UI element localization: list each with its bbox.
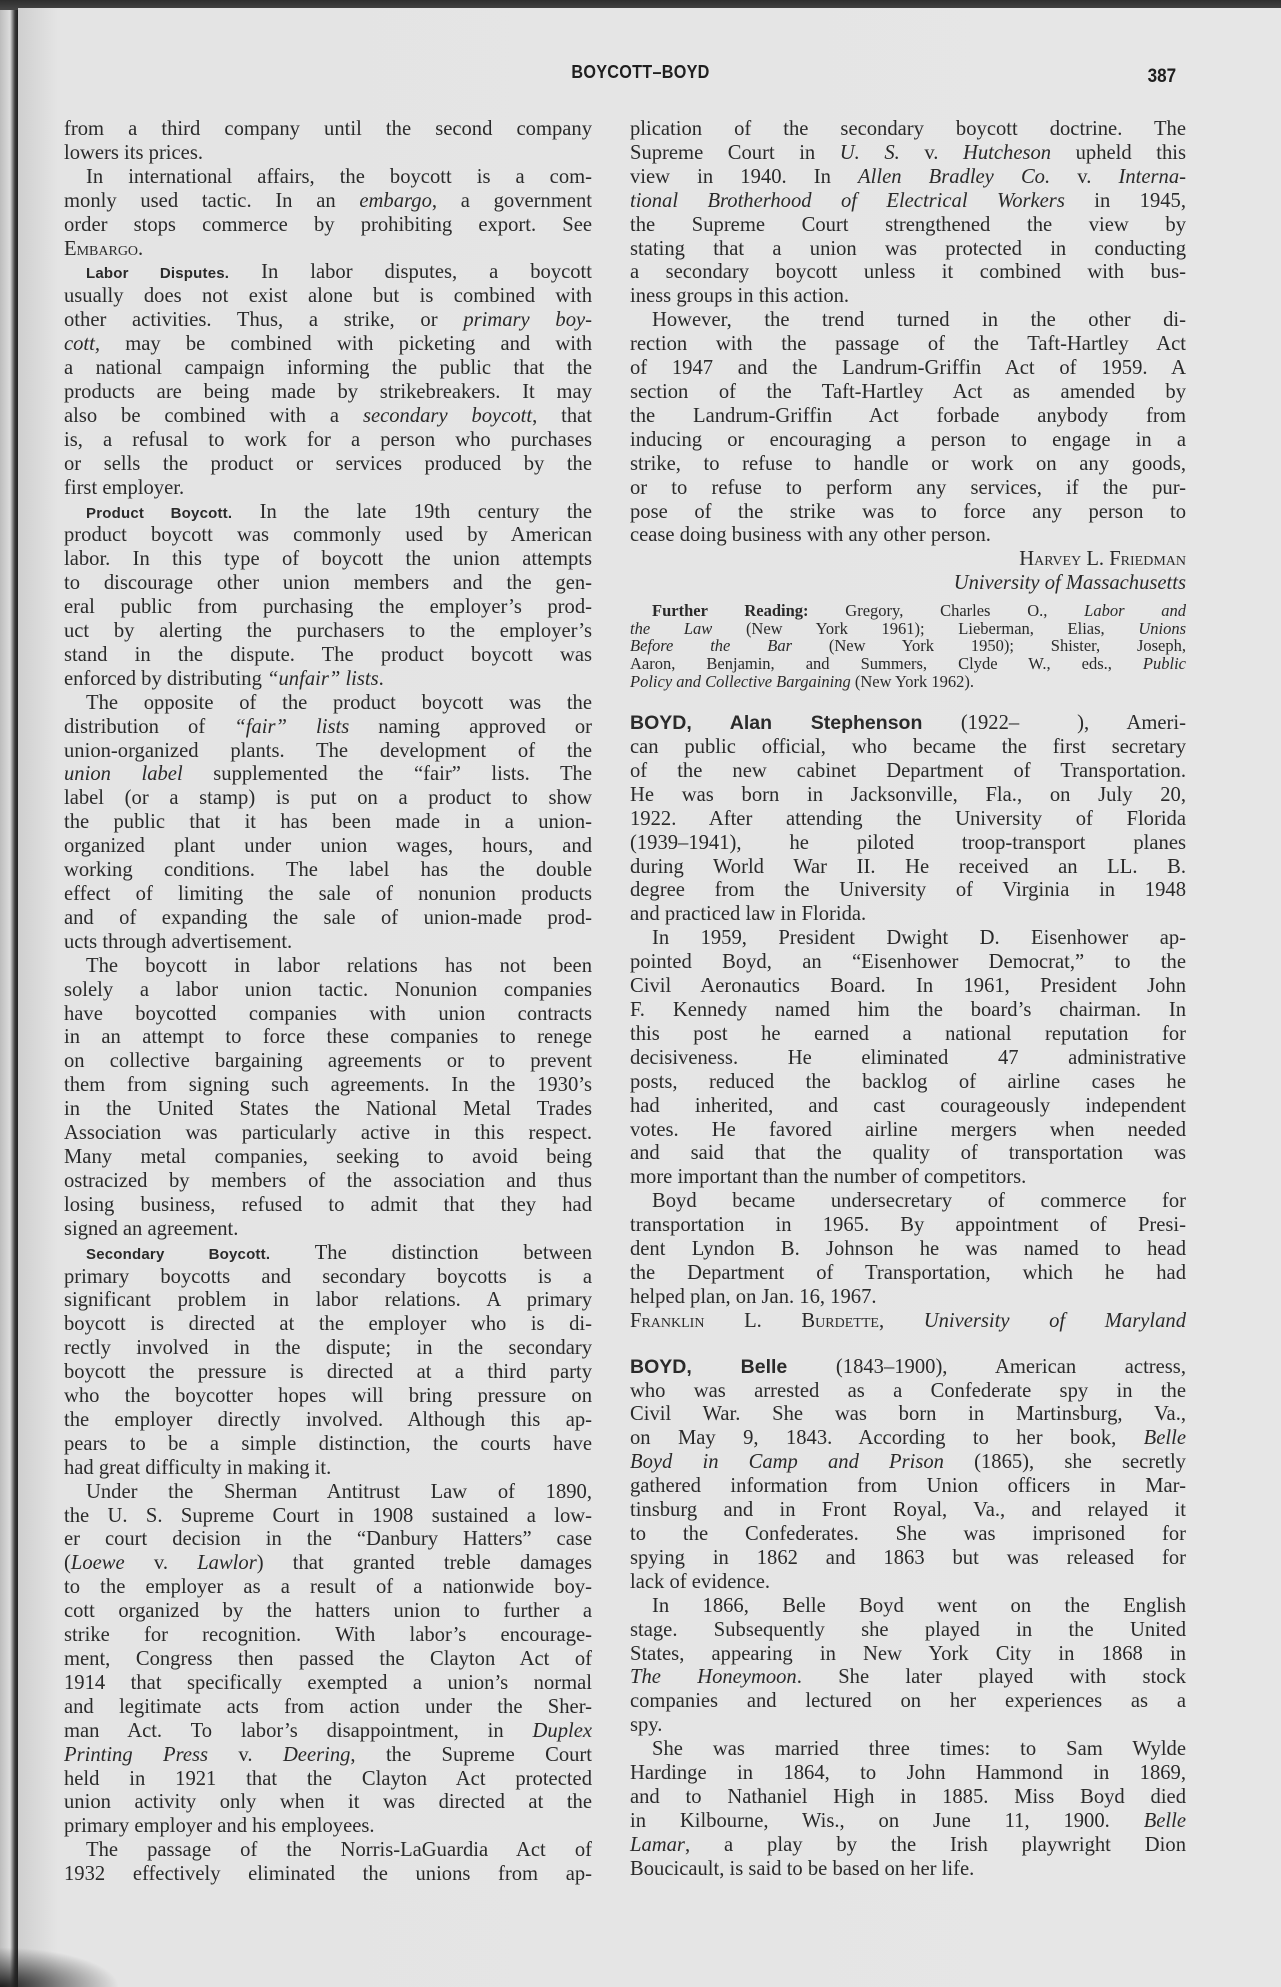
text-line: Labor Disputes. In labor disputes, a boy… xyxy=(64,261,592,285)
text-line: iness groups in this action. xyxy=(630,285,1186,309)
text-line: cott organized by the hatters union to f… xyxy=(64,1600,592,1624)
text-line: to the employer as a result of a nationw… xyxy=(64,1576,592,1600)
text-line: first employer. xyxy=(64,477,592,501)
headword-belle-boyd: BOYD, Belle xyxy=(630,1356,787,1378)
text-line: ucts through advertisement. xyxy=(64,931,592,955)
text-line: companies and lectured on her experience… xyxy=(630,1690,1186,1714)
further-reading: Further Reading: Gregory, Charles O., La… xyxy=(630,602,1186,690)
text-line: a secondary boycott unless it combined w… xyxy=(630,261,1186,285)
text-line: the Landrum-Griffin Act forbade anybody … xyxy=(630,405,1186,429)
text-line: F. Kennedy named him the board’s chairma… xyxy=(630,999,1186,1023)
page-corner-shadow xyxy=(0,1947,120,1987)
text-line: man Act. To labor’s disappointment, in D… xyxy=(64,1720,592,1744)
text-line: them from signing such agreements. In th… xyxy=(64,1074,592,1098)
text-line: rection with the passage of the Taft-Har… xyxy=(630,333,1186,357)
text-line: union activity only when it was directed… xyxy=(64,1791,592,1815)
text-line: had inherited, and cast courageously ind… xyxy=(630,1095,1186,1119)
text-line: a national campaign informing the public… xyxy=(64,357,592,381)
text-line: of 1947 and the Landrum-Griffin Act of 1… xyxy=(630,357,1186,381)
text-line: Civil War. She was born in Martinsburg, … xyxy=(630,1403,1186,1427)
text-line: more important than the number of compet… xyxy=(630,1166,1186,1190)
text-line: and said that the quality of transportat… xyxy=(630,1142,1186,1166)
text-line: gathered information from Union officers… xyxy=(630,1475,1186,1499)
text-line: the Law (New York 1961); Lieberman, Elia… xyxy=(630,620,1186,638)
text-line: cease doing business with any other pers… xyxy=(630,524,1186,548)
text-line: Boyd in Camp and Prison (1865), she secr… xyxy=(630,1451,1186,1475)
paragraph-taft-hartley: However, the trend turned in the other d… xyxy=(630,309,1186,548)
text-line: products are being made by strikebreaker… xyxy=(64,381,592,405)
term-embargo: embargo xyxy=(359,190,431,212)
text-line: stage. Subsequently she played in the Un… xyxy=(630,1619,1186,1643)
text-line: can public official, who became the firs… xyxy=(630,736,1186,760)
text-line: enforced by distributing “unfair” lists. xyxy=(64,668,592,692)
text-line: tinsburg and in Front Royal, Va., and re… xyxy=(630,1499,1186,1523)
author-affiliation: University of Massachusetts xyxy=(630,572,1186,596)
text-line: the Supreme Court strengthened the view … xyxy=(630,214,1186,238)
text-line: Lamar, a play by the Irish playwright Di… xyxy=(630,1834,1186,1858)
text-line: and of expanding the sale of union-made … xyxy=(64,907,592,931)
text-line: other activities. Thus, a strike, or pri… xyxy=(64,309,592,333)
text-line: the public that it has been made in a un… xyxy=(64,811,592,835)
text-line: from a third company until the second co… xyxy=(64,118,592,142)
text-line: significant problem in labor relations. … xyxy=(64,1289,592,1313)
text-line: transportation in 1965. By appointment o… xyxy=(630,1214,1186,1238)
text-line: Product Boycott. In the late 19th centur… xyxy=(64,501,592,525)
text-line: monly used tactic. In an embargo, a gove… xyxy=(64,190,592,214)
text-line: or sells the product or services produce… xyxy=(64,453,592,477)
text-line: the U. S. Supreme Court in 1908 sustaine… xyxy=(64,1505,592,1529)
text-line: 1932 effectively eliminated the unions f… xyxy=(64,1863,592,1887)
text-line: tional Brotherhood of Electrical Workers… xyxy=(630,190,1186,214)
text-line: Before the Bar (New York 1950); Shister,… xyxy=(630,637,1186,655)
text-line: eral public from purchasing the employer… xyxy=(64,596,592,620)
paragraph: from a third company until the second co… xyxy=(64,118,592,166)
text-line: primary boycotts and secondary boycotts … xyxy=(64,1266,592,1290)
text-line: 1922. After attending the University of … xyxy=(630,808,1186,832)
text-line: Civil Aeronautics Board. In 1961, Presid… xyxy=(630,975,1186,999)
text-line: or to refuse to perform any services, if… xyxy=(630,477,1186,501)
text-line: strike, to refuse to handle or work on a… xyxy=(630,453,1186,477)
left-column: from a third company until the second co… xyxy=(64,118,592,1887)
text-line: Policy and Collective Bargaining (New Yo… xyxy=(630,673,1186,691)
text-line: Further Reading: Gregory, Charles O., La… xyxy=(630,602,1186,620)
headword-alan-boyd: BOYD, Alan Stephenson xyxy=(630,712,922,734)
author-signature: Harvey L. Friedman xyxy=(630,548,1186,572)
text-line: also be combined with a secondary boycot… xyxy=(64,405,592,429)
text-line: Boyd became undersecretary of commerce f… xyxy=(630,1190,1186,1214)
subhead-labor-disputes: Labor Disputes. xyxy=(86,265,229,282)
subhead-product-boycott: Product Boycott. xyxy=(86,505,232,522)
text-line: losing business, refused to admit that t… xyxy=(64,1194,592,1218)
text-line: In 1959, President Dwight D. Eisenhower … xyxy=(630,927,1186,951)
page-number: 387 xyxy=(1148,66,1177,88)
text-line: The boycott in labor relations has not b… xyxy=(64,955,592,979)
text-line: primary employer and his employees. xyxy=(64,1815,592,1839)
text-line: on collective bargaining agreements or t… xyxy=(64,1050,592,1074)
text-line: who the boycotter hopes will bring press… xyxy=(64,1385,592,1409)
text-line: votes. He favored airline mergers when n… xyxy=(630,1119,1186,1143)
text-line: rectly involved in the dispute; in the s… xyxy=(64,1337,592,1361)
cross-reference-embargo: Embargo xyxy=(64,238,138,260)
entry-belle-boyd: BOYD, Belle (1843–1900), American actres… xyxy=(630,1356,1186,1882)
text-line: In international affairs, the boycott is… xyxy=(64,166,592,190)
text-line: label (or a stamp) is put on a product t… xyxy=(64,787,592,811)
right-column: plication of the secondary boycott doctr… xyxy=(630,118,1186,1882)
text-line: to discourage other union members and th… xyxy=(64,572,592,596)
text-line: He was born in Jacksonville, Fla., on Ju… xyxy=(630,784,1186,808)
text-line: cott, may be combined with picketing and… xyxy=(64,333,592,357)
text-line: Association was particularly active in t… xyxy=(64,1122,592,1146)
text-line: Aaron, Benjamin, and Summers, Clyde W., … xyxy=(630,655,1186,673)
text-line: organized plant under union wages, hours… xyxy=(64,835,592,859)
text-line: boycott is directed at the employer who … xyxy=(64,1313,592,1337)
text-line: solely a labor union tactic. Nonunion co… xyxy=(64,979,592,1003)
text-line: Boucicault, is said to be based on her l… xyxy=(630,1858,1186,1882)
text-line: pointed Boyd, an “Eisenhower Democrat,” … xyxy=(630,951,1186,975)
text-line: In 1866, Belle Boyd went on the English xyxy=(630,1595,1186,1619)
author-signature: Franklin L. Burdette, University of Mary… xyxy=(630,1310,1186,1334)
text-line: Under the Sherman Antitrust Law of 1890, xyxy=(64,1481,592,1505)
text-line: view in 1940. In Allen Bradley Co. v. In… xyxy=(630,166,1186,190)
text-line: working conditions. The label has the do… xyxy=(64,859,592,883)
text-line: union label supplemented the “fair” list… xyxy=(64,763,592,787)
further-reading-label: Further Reading: xyxy=(652,601,809,620)
text-line: held in 1921 that the Clayton Act protec… xyxy=(64,1768,592,1792)
paragraph-norris-laguardia: The passage of the Norris-LaGuardia Act … xyxy=(64,1839,592,1887)
text-line: is, a refusal to work for a person who p… xyxy=(64,429,592,453)
text-line: stating that a union was protected in co… xyxy=(630,238,1186,262)
paragraph-continued: plication of the secondary boycott doctr… xyxy=(630,118,1186,309)
text-line: However, the trend turned in the other d… xyxy=(630,309,1186,333)
text-line: Secondary Boycott. The distinction betwe… xyxy=(64,1242,592,1266)
text-line: degree from the University of Virginia i… xyxy=(630,879,1186,903)
text-line: plication of the secondary boycott doctr… xyxy=(630,118,1186,142)
text-line: pears to be a simple distinction, the co… xyxy=(64,1433,592,1457)
text-line: posts, reduced the backlog of airline ca… xyxy=(630,1071,1186,1095)
text-line: Supreme Court in U. S. v. Hutcheson uphe… xyxy=(630,142,1186,166)
text-line: on May 9, 1843. According to her book, B… xyxy=(630,1427,1186,1451)
text-line: (Loewe v. Lawlor) that granted treble da… xyxy=(64,1552,592,1576)
text-line: boycott the pressure is directed at a th… xyxy=(64,1361,592,1385)
text-line: uct by alerting the purchasers to the em… xyxy=(64,620,592,644)
text-line: had great difficulty in making it. xyxy=(64,1457,592,1481)
text-line: and to Nathaniel High in 1885. Miss Boyd… xyxy=(630,1786,1186,1810)
paragraph-fair-lists: The opposite of the product boycott was … xyxy=(64,692,592,955)
text-line: Many metal companies, seeking to avoid b… xyxy=(64,1146,592,1170)
text-line: States, appearing in New York City in 18… xyxy=(630,1643,1186,1667)
text-line: helped plan, on Jan. 16, 1967. xyxy=(630,1286,1186,1310)
text-line: in Kilbourne, Wis., on June 11, 1900. Be… xyxy=(630,1810,1186,1834)
section-product-boycott: Product Boycott. In the late 19th centur… xyxy=(64,501,592,692)
text-line: usually does not exist alone but is comb… xyxy=(64,285,592,309)
text-line: the employer directly involved. Although… xyxy=(64,1409,592,1433)
text-line: product boycott was commonly used by Ame… xyxy=(64,524,592,548)
entry-alan-boyd: BOYD, Alan Stephenson (1922–), Ameri- ca… xyxy=(630,712,1186,1334)
text-line: (1939–1941), he piloted troop-transport … xyxy=(630,832,1186,856)
text-line: The Honeymoon. She later played with sto… xyxy=(630,1666,1186,1690)
text-line: in an attempt to force these companies t… xyxy=(64,1026,592,1050)
text-line: Hardinge in 1864, to John Hammond in 186… xyxy=(630,1762,1186,1786)
text-line: Embargo. xyxy=(64,238,592,262)
text-line: inducing or encouraging a person to enga… xyxy=(630,429,1186,453)
text-line: labor. In this type of boycott the union… xyxy=(64,548,592,572)
text-line: the Department of Transportation, which … xyxy=(630,1262,1186,1286)
section-labor-disputes: Labor Disputes. In labor disputes, a boy… xyxy=(64,261,592,500)
text-line: in the United States the National Metal … xyxy=(64,1098,592,1122)
text-line: lowers its prices. xyxy=(64,142,592,166)
text-line: 1914 that specifically exempted a union’… xyxy=(64,1672,592,1696)
paragraph-sherman-act: Under the Sherman Antitrust Law of 1890,… xyxy=(64,1481,592,1840)
text-line: er court decision in the “Danbury Hatter… xyxy=(64,1528,592,1552)
text-line: of the new cabinet Department of Transpo… xyxy=(630,760,1186,784)
text-line: spying in 1862 and 1863 but was released… xyxy=(630,1547,1186,1571)
text-line: dent Lyndon B. Johnson he was named to h… xyxy=(630,1238,1186,1262)
text-line: BOYD, Alan Stephenson (1922–), Ameri- xyxy=(630,712,1186,736)
text-line: ment, Congress then passed the Clayton A… xyxy=(64,1648,592,1672)
text-line: have boycotted companies with union cont… xyxy=(64,1003,592,1027)
text-line: The opposite of the product boycott was … xyxy=(64,692,592,716)
text-line: stand in the dispute. The product boycot… xyxy=(64,644,592,668)
text-line: BOYD, Belle (1843–1900), American actres… xyxy=(630,1356,1186,1380)
text-line: She was married three times: to Sam Wyld… xyxy=(630,1738,1186,1762)
text-line: Printing Press v. Deering, the Supreme C… xyxy=(64,1744,592,1768)
section-secondary-boycott: Secondary Boycott. The distinction betwe… xyxy=(64,1242,592,1481)
text-line: section of the Taft-Hartley Act as amend… xyxy=(630,381,1186,405)
text-line: ostracized by members of the association… xyxy=(64,1170,592,1194)
text-line: during World War II. He received an LL. … xyxy=(630,856,1186,880)
text-line: and practiced law in Florida. xyxy=(630,903,1186,927)
text-line: this post he earned a national reputatio… xyxy=(630,1023,1186,1047)
text-line: and legitimate acts from action under th… xyxy=(64,1696,592,1720)
text-line: effect of limiting the sale of nonunion … xyxy=(64,883,592,907)
text-line: strike for recognition. With labor’s enc… xyxy=(64,1624,592,1648)
text-line: union-organized plants. The development … xyxy=(64,740,592,764)
subhead-secondary-boycott: Secondary Boycott. xyxy=(86,1246,270,1263)
text-line: pose of the strike was to force any pers… xyxy=(630,501,1186,525)
text-line: to the Confederates. She was imprisoned … xyxy=(630,1523,1186,1547)
running-head: BOYCOTT–BOYD xyxy=(64,62,1217,83)
text-line: order stops commerce by prohibiting expo… xyxy=(64,214,592,238)
text-line: The passage of the Norris-LaGuardia Act … xyxy=(64,1839,592,1863)
text-line: spy. xyxy=(630,1714,1186,1738)
text-line: distribution of “fair” lists naming appr… xyxy=(64,716,592,740)
paragraph-labor-relations: The boycott in labor relations has not b… xyxy=(64,955,592,1242)
text-line: decisiveness. He eliminated 47 administr… xyxy=(630,1047,1186,1071)
text-line: lack of evidence. xyxy=(630,1571,1186,1595)
text-line: signed an agreement. xyxy=(64,1218,592,1242)
paragraph-international: In international affairs, the boycott is… xyxy=(64,166,592,262)
book-gutter xyxy=(0,10,18,1987)
text-line: who was arrested as a Confederate spy in… xyxy=(630,1380,1186,1404)
author-affiliation: University of Maryland xyxy=(924,1310,1186,1332)
